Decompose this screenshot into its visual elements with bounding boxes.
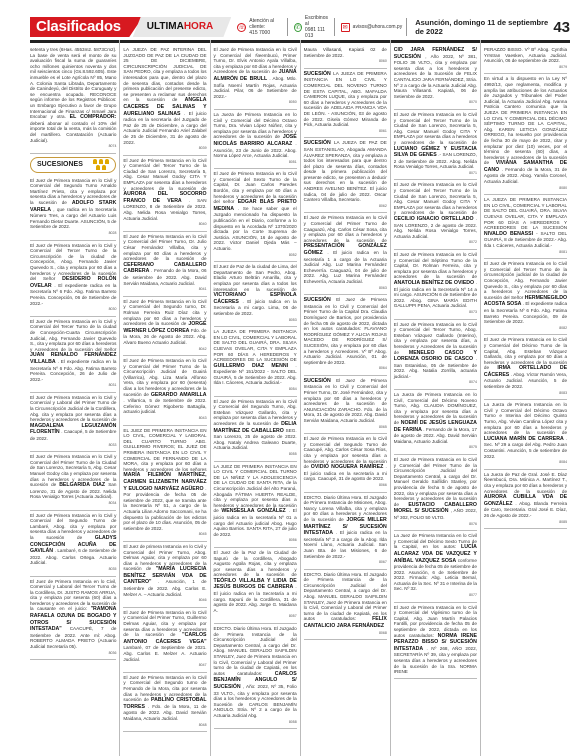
notice-text-tail: . Por providencia de fecha 05 de setiemb…: [123, 486, 206, 531]
notice-code: 8028: [30, 231, 116, 237]
legal-notice: La Jueza de Paz de Gral. José E. Díaz Ñe…: [484, 470, 567, 529]
notice-code: 8058: [214, 720, 297, 726]
notice-name: SUCESIÓN: [304, 71, 333, 77]
notice-code: 8070: [394, 100, 477, 106]
whatsapp-icon: ✆: [294, 23, 302, 32]
notice-name: CECILIO IGNACIO ORTELLADO: [394, 216, 476, 222]
legal-notice: SUCESIÓN LA JUEZA DE PRIMERA INSTANCIA E…: [304, 69, 387, 139]
legal-notice: El Juez de Primera Instancia en lo Civil…: [214, 45, 297, 110]
notice-code: 8066: [304, 483, 387, 489]
notice-name: MARÍA FILEMÓN MARTÍNEZ, CARMEN ELIZABETH…: [123, 472, 206, 491]
column-top-rule: [301, 40, 390, 43]
legal-notice: La Jueza de Primera Instancia en lo Civi…: [484, 400, 567, 470]
notice-text: LA JUEZA DE PAZ INTERINA DEL JUZGADO DE …: [123, 47, 206, 102]
notice-name: SUCESIÓN: [304, 140, 334, 146]
notice-code: 8072: [394, 240, 477, 246]
notice-name: LUCIANA MARÍN DE CARRERA: [484, 436, 566, 442]
notice-code: 8076: [394, 522, 477, 528]
notice-code: 8071: [394, 171, 477, 177]
notice-text: PERAZZO BISSO. Vº Bº Abog. Cynthia Yrrst…: [484, 47, 567, 63]
legal-notice: PERAZZO BISSO. Vº Bº Abog. Cynthia Yrrst…: [484, 45, 567, 74]
logo-hora: HORA: [184, 21, 213, 32]
notice-text: El Juez de Paz de la ciudad de Lima, del…: [214, 264, 297, 291]
legal-notice: El Juez de Primera Instancia en lo Civil…: [394, 320, 477, 391]
notice-text: El Juez de Primera Instancia en lo Civil…: [304, 215, 387, 242]
phone-icon: ☏: [237, 23, 246, 32]
legal-notice: El Juez de Paz de la ciudad de Lima, del…: [214, 262, 297, 327]
notice-code: 8073: [394, 310, 477, 316]
notice-code: 8057: [214, 614, 297, 620]
legal-notice: SUCESIÓN El Juez de Primera Instancia en…: [304, 376, 387, 434]
notice-code: 8048: [123, 723, 206, 729]
notice-name: EL COMPRADOR:: [70, 114, 117, 120]
notice-text: La Jueza de Paz de Gral. José E. Díaz Ñe…: [484, 472, 567, 494]
notice-code: 8061: [304, 129, 387, 135]
notice-text-tail: . Se hace saber que el Juzgado mencionad…: [214, 206, 297, 251]
column-3: El Juez de Primera Instancia en lo Civil…: [210, 40, 300, 756]
legal-notice: En virtud a lo dispuesto en la Ley Nº 49…: [484, 74, 567, 195]
legal-notice: El Juez de Primera Instancia en lo Civil…: [304, 434, 387, 492]
legal-notice: El Juez de Primera Instancia en lo Civil…: [394, 180, 477, 250]
publication-logo: ULTIMAHORA: [133, 17, 231, 37]
notice-code: 8047: [123, 663, 206, 669]
legal-notice: LA JUEZA DE PAZ INTERINA DEL JUZGADO DE …: [123, 45, 206, 156]
notice-code: 8030: [30, 307, 116, 313]
notice-text: LA JUEZA DE PRIMERA INSTANCIA EN LO CIVI…: [214, 329, 297, 362]
legal-notice: SUCESIÓN El Juez de Primera Instancia en…: [304, 295, 387, 376]
notice-code: 8052: [214, 253, 297, 259]
legal-notice: La Jueza de Primera Instancia en lo Civi…: [394, 390, 477, 455]
notice-text: EDICTO. Diario Última Hora. El Juzgado d…: [304, 572, 387, 622]
legal-notice: El Juez de primera Instancia en lo Civil…: [123, 542, 206, 608]
legal-notice: El Juez de Primera Instancia en lo Civil…: [30, 241, 116, 317]
notice-code: 8045: [123, 532, 206, 538]
notice-text: El Juez de Primera Instancia en lo Civil…: [123, 158, 206, 191]
legal-notice: El Juez de Primera Instancia en lo Civil…: [484, 335, 567, 400]
notice-text-tail: LA JUEZA DE PAZ DE SAN ESTANISLAO, Aboga…: [304, 140, 387, 202]
notice-text-tail: LA JUEZA DE PRIMERA INSTANCIA EN LO CIVI…: [304, 71, 387, 127]
notice-code: 8074: [30, 144, 116, 150]
legal-notice: El Juez de Primera Instancia en lo Civil…: [304, 213, 387, 295]
column-1: setenta y tres (6Has. 4553m2. 5873Cm2). …: [30, 40, 119, 756]
column-top-rule: [120, 40, 209, 43]
legal-notice: El Juez de Primera Instancia en lo Civil…: [123, 608, 206, 673]
notice-code: 8067: [304, 560, 387, 566]
legal-notice: El Juez de Primera Instancia en lo Civil…: [214, 397, 297, 462]
notice-code: 8063: [304, 286, 387, 292]
legal-notice: LA JUEZ DE PRIMERA INSTANCIA EN LO CIVIL…: [214, 462, 297, 548]
contact-whatsapp: ✆ Escribinos al 0981 111 013: [294, 18, 335, 36]
notice-text: El Juez de Primera Instancia en lo Civil…: [394, 457, 477, 507]
notice-code: 8084: [484, 460, 567, 466]
column-6: PERAZZO BISSO. Vº Bº Abog. Cynthia Yrrst…: [480, 40, 570, 756]
legal-notice: El Juez de Primera Instancia en lo Civil…: [123, 673, 206, 732]
legal-notice: El Juez de Primera Instancia en lo Civil…: [484, 259, 567, 335]
notice-code: 8075: [394, 445, 477, 451]
legal-notice: El Juez de Primera Instancia en lo Civil…: [123, 297, 206, 356]
notice-code: 8081: [484, 250, 567, 256]
legal-notice: El Juez de Primera Instancia en lo Civil…: [394, 110, 477, 181]
contact-phone: ☏ Atención al cliente: 415 7000: [237, 18, 288, 36]
notice-text: Maura Villasanti, Kapiatá 02 de Setiembr…: [304, 47, 387, 58]
contact-email: ✉ avisos@uhora.com.py: [341, 18, 408, 36]
notice-code: 8034: [30, 501, 116, 507]
legal-notice: El Juez de Primera Instancia en lo Civil…: [123, 356, 206, 426]
notice-text: En virtud a lo dispuesto en la Ley Nº 49…: [484, 76, 567, 165]
notice-code: 8043: [123, 416, 206, 422]
legal-notice: El Juez de Primera Instancia en lo Civil…: [30, 577, 116, 661]
notice-name: WENSESLAA GONZÁLEZ: [221, 508, 288, 514]
notice-text: La Jueza de Primera Instancia en lo Civi…: [484, 402, 567, 435]
notice-code: 8082: [484, 326, 567, 332]
notice-name: BELGARIDA DIAZ: [59, 482, 108, 488]
notice-code: 8039: [123, 146, 206, 152]
notice-code: 8041: [123, 287, 206, 293]
legal-notice: LA JUEZA DE PRIMERA INSTANCIA EN LO CIVI…: [214, 327, 297, 397]
legal-notice: setenta y tres (6Has. 4553m2. 5873Cm2). …: [30, 45, 116, 154]
notice-text: El Juez de Primera Instancia en lo Civil…: [123, 234, 206, 261]
legal-notice: El Juez de Primera Instancia en lo Civil…: [30, 452, 116, 510]
notice-code: 8040: [123, 222, 206, 228]
column-2: LA JUEZA DE PAZ INTERINA DEL JUZGADO DE …: [119, 40, 209, 756]
column-top-rule: [211, 40, 300, 43]
notice-code: 8055: [214, 452, 297, 458]
notice-text: El Juez de Primera Instancia en lo Civil…: [30, 395, 116, 422]
notice-code: 8068: [304, 631, 387, 637]
notice-name: OVIDIO NOGUERA RAMÍREZ: [311, 464, 386, 470]
logo-ultima: ULTIMA: [147, 21, 184, 32]
notice-code: 8056: [214, 538, 297, 544]
notice-text-tail: Lambaré, 07 de Septiembre de 2021. Abg. …: [123, 645, 206, 661]
notice-code: 8080: [484, 186, 567, 192]
legal-notice: La Jueza de Primera Instancia en lo Civi…: [214, 110, 297, 169]
notice-text: EL JUEZ DE PRIMERA INSTANCIA EN LO CIVIL…: [123, 428, 206, 472]
legal-notice: El Juez de Primera Instancia en lo Civil…: [30, 393, 116, 452]
legal-notice: SUCESIÓN LA JUEZA DE PAZ DE SAN ESTANISL…: [304, 138, 387, 213]
notice-code: 8042: [123, 347, 206, 353]
legal-notice: LA JUEZA DE PRIMERA INSTANCIA EN LO CIVI…: [484, 195, 567, 259]
notice-text: setenta y tres (6Has. 4553m2. 5873Cm2). …: [30, 47, 116, 119]
notice-code: 8065: [304, 425, 387, 431]
column-4: Maura Villasanti, Kapiatá 02 de Setiembr…: [300, 40, 390, 756]
notice-text-tail: El Juez de Primera Instancia en lo Civil…: [304, 297, 387, 365]
family-icon: [91, 159, 109, 171]
page-number: 43: [553, 19, 570, 36]
notice-code: 8051: [214, 160, 297, 166]
legal-notice: El Juez de Primera Instancia en lo Civil…: [30, 511, 116, 577]
notice-code: 8046: [123, 598, 206, 604]
notice-code: 8060: [304, 59, 387, 65]
notice-text-tail: . Villarrica, 5 de Setiembre de 2022. Ce…: [123, 398, 206, 414]
notice-name: GUILLERMO DIAZ MENNI: [214, 363, 296, 369]
legal-notice: El Juez de Primera Instancia en lo Civil…: [394, 250, 477, 320]
column-top-rule: [481, 40, 570, 43]
section-brand: Clasificados: [30, 17, 143, 37]
legal-notice: El Juez de la Paz de la Ciudad de Itapur…: [214, 548, 297, 624]
legal-notice: Maura Villasanti, Kapiatá 02 de Setiembr…: [304, 45, 387, 69]
notice-text: El Juez de Primera Instancia en lo Civil…: [394, 182, 477, 215]
notice-text-tail: deberá abonar al contado el 10% del impo…: [30, 121, 116, 143]
notice-text: El Juez de Primera Instancia en lo Civil…: [394, 112, 477, 145]
notice-code: 8036: [30, 651, 116, 657]
notice-name: NIVALDO BENASSI: [484, 231, 536, 237]
notice-name: TEÓFILO VILLALBA Y LIDIA DE JESÚS BURGOS…: [214, 578, 297, 591]
notice-code: 8054: [214, 387, 297, 393]
notice-text: El Juez de Primera Instancia en lo Civil…: [394, 252, 477, 279]
section-title: SUCESIONES: [37, 162, 83, 168]
legal-notice: EL JUEZ DE PRIMERA INSTANCIA EN LO CIVIL…: [123, 426, 206, 542]
notice-text: LA JUEZ DE PRIMERA INSTANCIA EN LO CIVIL…: [214, 464, 297, 514]
legal-notice: La Juez de Primera Instancia en lo Civil…: [394, 531, 477, 603]
notice-text-tail: , Año 2022, Nº 381, FOLIO 36 VLTO., cita…: [394, 54, 477, 99]
legal-notice: EDICTO. Diario Última Hora. El Juzgado d…: [304, 493, 387, 570]
legal-notice: El Juez de Primera Instancia en lo Civil…: [30, 176, 116, 241]
notice-code: 8031: [30, 383, 116, 389]
notice-name: ANATOLIA BENÍTEZ DE OVIEDO: [394, 280, 476, 286]
column-top-rule: [391, 40, 480, 43]
notice-text: El Juez de la Paz de la Ciudad de Itapur…: [214, 550, 297, 577]
column-top-rule: [30, 40, 119, 43]
contact-email-address: avisos@uhora.com.py: [353, 24, 403, 30]
legal-notice: El Juez de Primera Instancia en lo Civil…: [394, 455, 477, 531]
legal-notice: El Juez de Primera Instancia en lo Civil…: [214, 169, 297, 262]
notice-text: LA JUEZA DE PRIMERA INSTANCIA EN LO CIVI…: [484, 197, 567, 230]
mail-icon: ✉: [341, 23, 350, 32]
notice-code: 8079: [484, 65, 567, 71]
notice-name: SUCESIÓN: [304, 297, 336, 303]
notice-text-tail: El Juez de Primera Instancia en lo Civil…: [304, 378, 387, 423]
classifieds-columns: setenta y tres (6Has. 4553m2. 5873Cm2). …: [30, 40, 570, 756]
notice-code: 8050: [214, 100, 297, 106]
notice-code: 8077: [394, 593, 477, 599]
notice-code: 8085: [484, 520, 567, 526]
publication-date: Asunción, domingo 11 de septiembre de 20…: [415, 18, 553, 36]
notice-code: 8074: [394, 380, 477, 386]
legal-notice: CID JARA FERNÁNDEZ S/ SUCESIÓN , Año 202…: [394, 45, 477, 110]
legal-notice: El Juez de Primera Instancia en lo Civil…: [394, 603, 477, 679]
legal-notice: El Juez de Primera Instancia en lo Civil…: [30, 317, 116, 393]
notice-text: El Juez de Primera Instancia en lo Civil…: [30, 319, 116, 352]
notice-code: 8062: [304, 204, 387, 210]
page-header: Clasificados ULTIMAHORA ☏ Atención al cl…: [30, 17, 570, 37]
notice-name: GERARDO AMARILLA: [151, 392, 207, 398]
column-5: CID JARA FERNÁNDEZ S/ SUCESIÓN , Año 202…: [390, 40, 480, 756]
notice-code: 8053: [214, 318, 297, 324]
notice-code: 8083: [484, 391, 567, 397]
contact-phone-label: Atención al cliente:: [249, 18, 283, 30]
contact-whatsapp-label: Escribinos al: [305, 15, 330, 27]
notice-text: EDICTO. Diario Última Hora. El Juzgado d…: [214, 626, 297, 676]
notice-code: 8035: [30, 567, 116, 573]
contact-phone-number: 415 7000: [249, 30, 283, 36]
notice-code: 8064: [304, 366, 387, 372]
legal-notice: El Juez de Primera Instancia en lo Civil…: [123, 232, 206, 297]
contact-whatsapp-number: 0981 111 013: [305, 27, 330, 39]
notice-name: SUCESIÓN: [304, 378, 336, 384]
legal-notice: EDICTO. Diario Última Hora. El Juzgado d…: [214, 624, 297, 729]
notice-code: 8033: [30, 443, 116, 449]
section-header-sucesiones: SUCESIONES: [30, 157, 116, 173]
legal-notice: El Juez de Primera Instancia en lo Civil…: [123, 156, 206, 232]
legal-notice: EDICTO. Diario Última Hora. El Juzgado d…: [304, 570, 387, 641]
